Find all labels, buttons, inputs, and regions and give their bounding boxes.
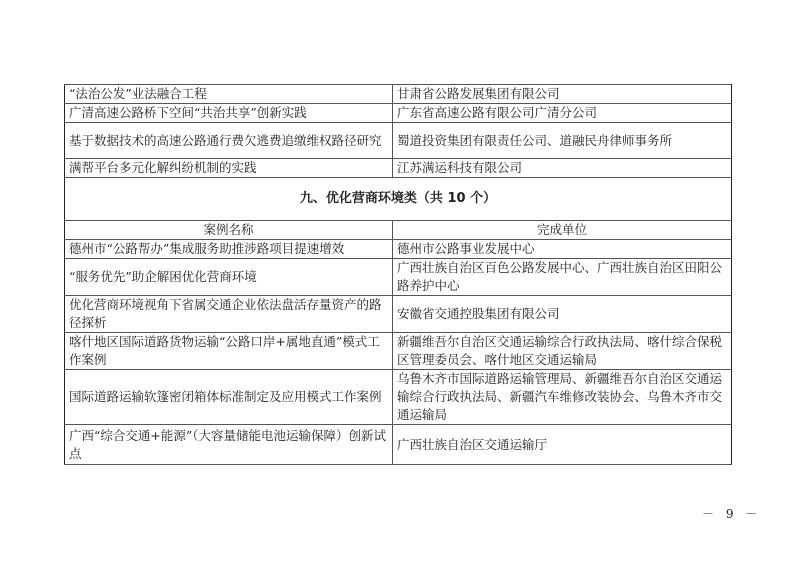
section-title: 九、优化营商环境类（共 10 个） — [65, 178, 732, 221]
document-page: “法治公发”业法融合工程 甘肃省公路发展集团有限公司 广清高速公路桥下空间“共治… — [0, 0, 799, 565]
unit-cell: 广东省高速公路有限公司广清分公司 — [393, 104, 732, 123]
column-header-row: 案例名称 完成单位 — [65, 221, 732, 240]
table-row: “服务优先”助企解困优化营商环境 广西壮族自治区百色公路发展中心、广西壮族自治区… — [65, 259, 732, 296]
table-row: 优化营商环境视角下省属交通企业依法盘活存量资产的路径探析 安徽省交通控股集团有限… — [65, 296, 732, 333]
table-row: 广西“综合交通+能源”（大容量储能电池运输保障）创新试点 广西壮族自治区交通运输… — [65, 425, 732, 465]
unit-cell: 新疆维吾尔自治区交通运输综合行政执法局、喀什综合保税区管理委员会、喀什地区交通运… — [393, 333, 732, 370]
table-row: 德州市“公路帮办”集成服务助推涉路项目提速增效 德州市公路事业发展中心 — [65, 240, 732, 259]
unit-cell: 安徽省交通控股集团有限公司 — [393, 296, 732, 333]
unit-cell: 乌鲁木齐市国际道路运输管理局、新疆维吾尔自治区交通运输综合行政执法局、新疆汽车维… — [393, 370, 732, 425]
case-name-cell: 基于数据技术的高速公路通行费欠逃费追缴维权路径研究 — [65, 123, 393, 159]
unit-cell: 江苏满运科技有限公司 — [393, 159, 732, 178]
table-row: 满帮平台多元化解纠纷机制的实践 江苏满运科技有限公司 — [65, 159, 732, 178]
unit-cell: 蜀道投资集团有限责任公司、道融民舟律师事务所 — [393, 123, 732, 159]
case-name-cell: 满帮平台多元化解纠纷机制的实践 — [65, 159, 393, 178]
section-header-row: 九、优化营商环境类（共 10 个） — [65, 178, 732, 221]
column-header-case-name: 案例名称 — [65, 221, 393, 240]
unit-cell: 广西壮族自治区交通运输厅 — [393, 425, 732, 465]
table-row: “法治公发”业法融合工程 甘肃省公路发展集团有限公司 — [65, 85, 732, 104]
table-row: 喀什地区国际道路货物运输“公路口岸+属地直通”模式工作案例 新疆维吾尔自治区交通… — [65, 333, 732, 370]
case-name-cell: “服务优先”助企解困优化营商环境 — [65, 259, 393, 296]
case-name-cell: 广清高速公路桥下空间“共治共享”创新实践 — [65, 104, 393, 123]
case-name-cell: “法治公发”业法融合工程 — [65, 85, 393, 104]
table-row: 国际道路运输软篷密闭箱体标准制定及应用模式工作案例 乌鲁木齐市国际道路运输管理局… — [65, 370, 732, 425]
table-row: 广清高速公路桥下空间“共治共享”创新实践 广东省高速公路有限公司广清分公司 — [65, 104, 732, 123]
unit-cell: 德州市公路事业发展中心 — [393, 240, 732, 259]
column-header-unit: 完成单位 — [393, 221, 732, 240]
case-name-cell: 广西“综合交通+能源”（大容量储能电池运输保障）创新试点 — [65, 425, 393, 465]
table-row: 基于数据技术的高速公路通行费欠逃费追缴维权路径研究 蜀道投资集团有限责任公司、道… — [65, 123, 732, 159]
case-name-cell: 德州市“公路帮办”集成服务助推涉路项目提速增效 — [65, 240, 393, 259]
case-table: “法治公发”业法融合工程 甘肃省公路发展集团有限公司 广清高速公路桥下空间“共治… — [64, 84, 732, 465]
unit-cell: 广西壮族自治区百色公路发展中心、广西壮族自治区田阳公路养护中心 — [393, 259, 732, 296]
unit-cell: 甘肃省公路发展集团有限公司 — [393, 85, 732, 104]
case-name-cell: 优化营商环境视角下省属交通企业依法盘活存量资产的路径探析 — [65, 296, 393, 333]
case-name-cell: 喀什地区国际道路货物运输“公路口岸+属地直通”模式工作案例 — [65, 333, 393, 370]
page-number: － 9 － — [702, 505, 761, 522]
case-name-cell: 国际道路运输软篷密闭箱体标准制定及应用模式工作案例 — [65, 370, 393, 425]
